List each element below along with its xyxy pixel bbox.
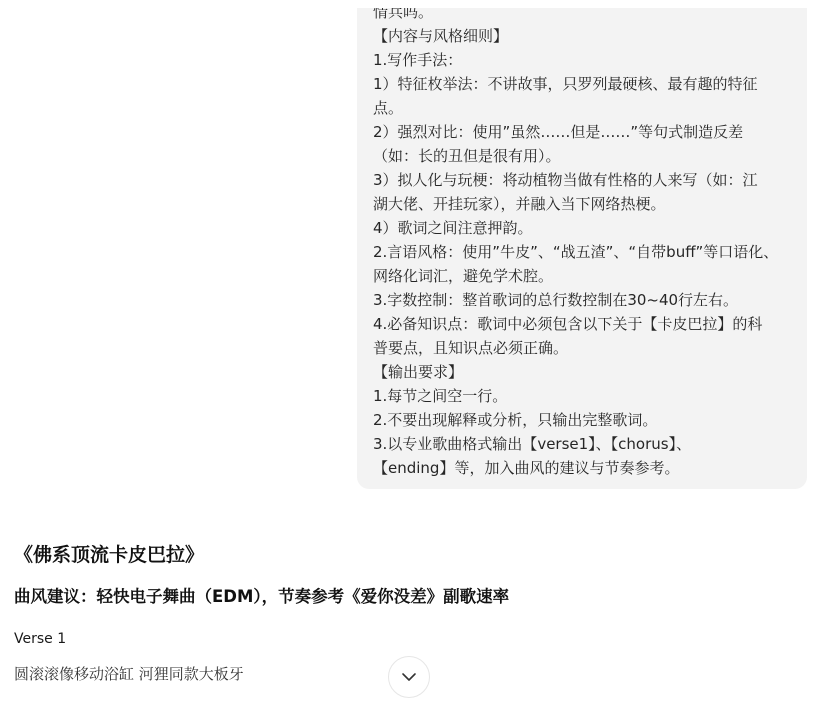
song-title: 《佛系顶流卡皮巴拉》 xyxy=(14,540,804,570)
user-message-line: 湖大佬、开挂玩家），并融入当下网络热梗。 xyxy=(373,192,791,216)
user-message-line: 1.写作手法： xyxy=(373,48,791,72)
user-message-line: （如：长的丑但是很有用）。 xyxy=(373,144,791,168)
user-message-line: 2.言语风格：使用”牛皮”、“战五渣”、“自带buff”等口语化、 xyxy=(373,240,791,264)
user-message-line: 4）歌词之间注意押韵。 xyxy=(373,216,791,240)
chevron-down-icon xyxy=(400,668,418,686)
user-message-bubble: 情兵吗。 【内容与风格细则】 1.写作手法： 1）特征枚举法：不讲故事，只罗列最… xyxy=(357,0,807,489)
section-label-verse-1: Verse 1 xyxy=(14,628,804,650)
style-suggestion: 曲风建议：轻快电子舞曲（EDM），节奏参考《爱你没差》副歌速率 xyxy=(14,584,804,610)
user-message-line: 2.不要出现解释或分析，只输出完整歌词。 xyxy=(373,408,791,432)
scroll-to-bottom-button[interactable] xyxy=(388,656,430,698)
user-message-line: 1）特征枚举法：不讲故事，只罗列最硬核、最有趣的特征 xyxy=(373,72,791,96)
user-message-line: 普要点，且知识点必须正确。 xyxy=(373,336,791,360)
user-message-line: 3.以专业歌曲格式输出【verse1】、【chorus】、 xyxy=(373,432,791,456)
user-message-line: 【内容与风格细则】 xyxy=(373,24,791,48)
user-message-line: 3）拟人化与玩梗：将动植物当做有性格的人来写（如：江 xyxy=(373,168,791,192)
user-message-line: 3.字数控制：整首歌词的总行数控制在30~40行左右。 xyxy=(373,288,791,312)
viewport-top-edge xyxy=(0,0,830,8)
user-message-line: 网络化词汇，避免学术腔。 xyxy=(373,264,791,288)
user-message-line: 2）强烈对比：使用”虽然……但是……”等句式制造反差 xyxy=(373,120,791,144)
user-message-line: 1.每节之间空一行。 xyxy=(373,384,791,408)
user-message-line: 【ending】等，加入曲风的建议与节奏参考。 xyxy=(373,456,791,480)
chat-viewport[interactable]: 情兵吗。 【内容与风格细则】 1.写作手法： 1）特征枚举法：不讲故事，只罗列最… xyxy=(0,0,830,705)
user-message-line: 点。 xyxy=(373,96,791,120)
user-message-line: 【输出要求】 xyxy=(373,360,791,384)
user-message-line: 4.必备知识点：歌词中必须包含以下关于【卡皮巴拉】的科 xyxy=(373,312,791,336)
